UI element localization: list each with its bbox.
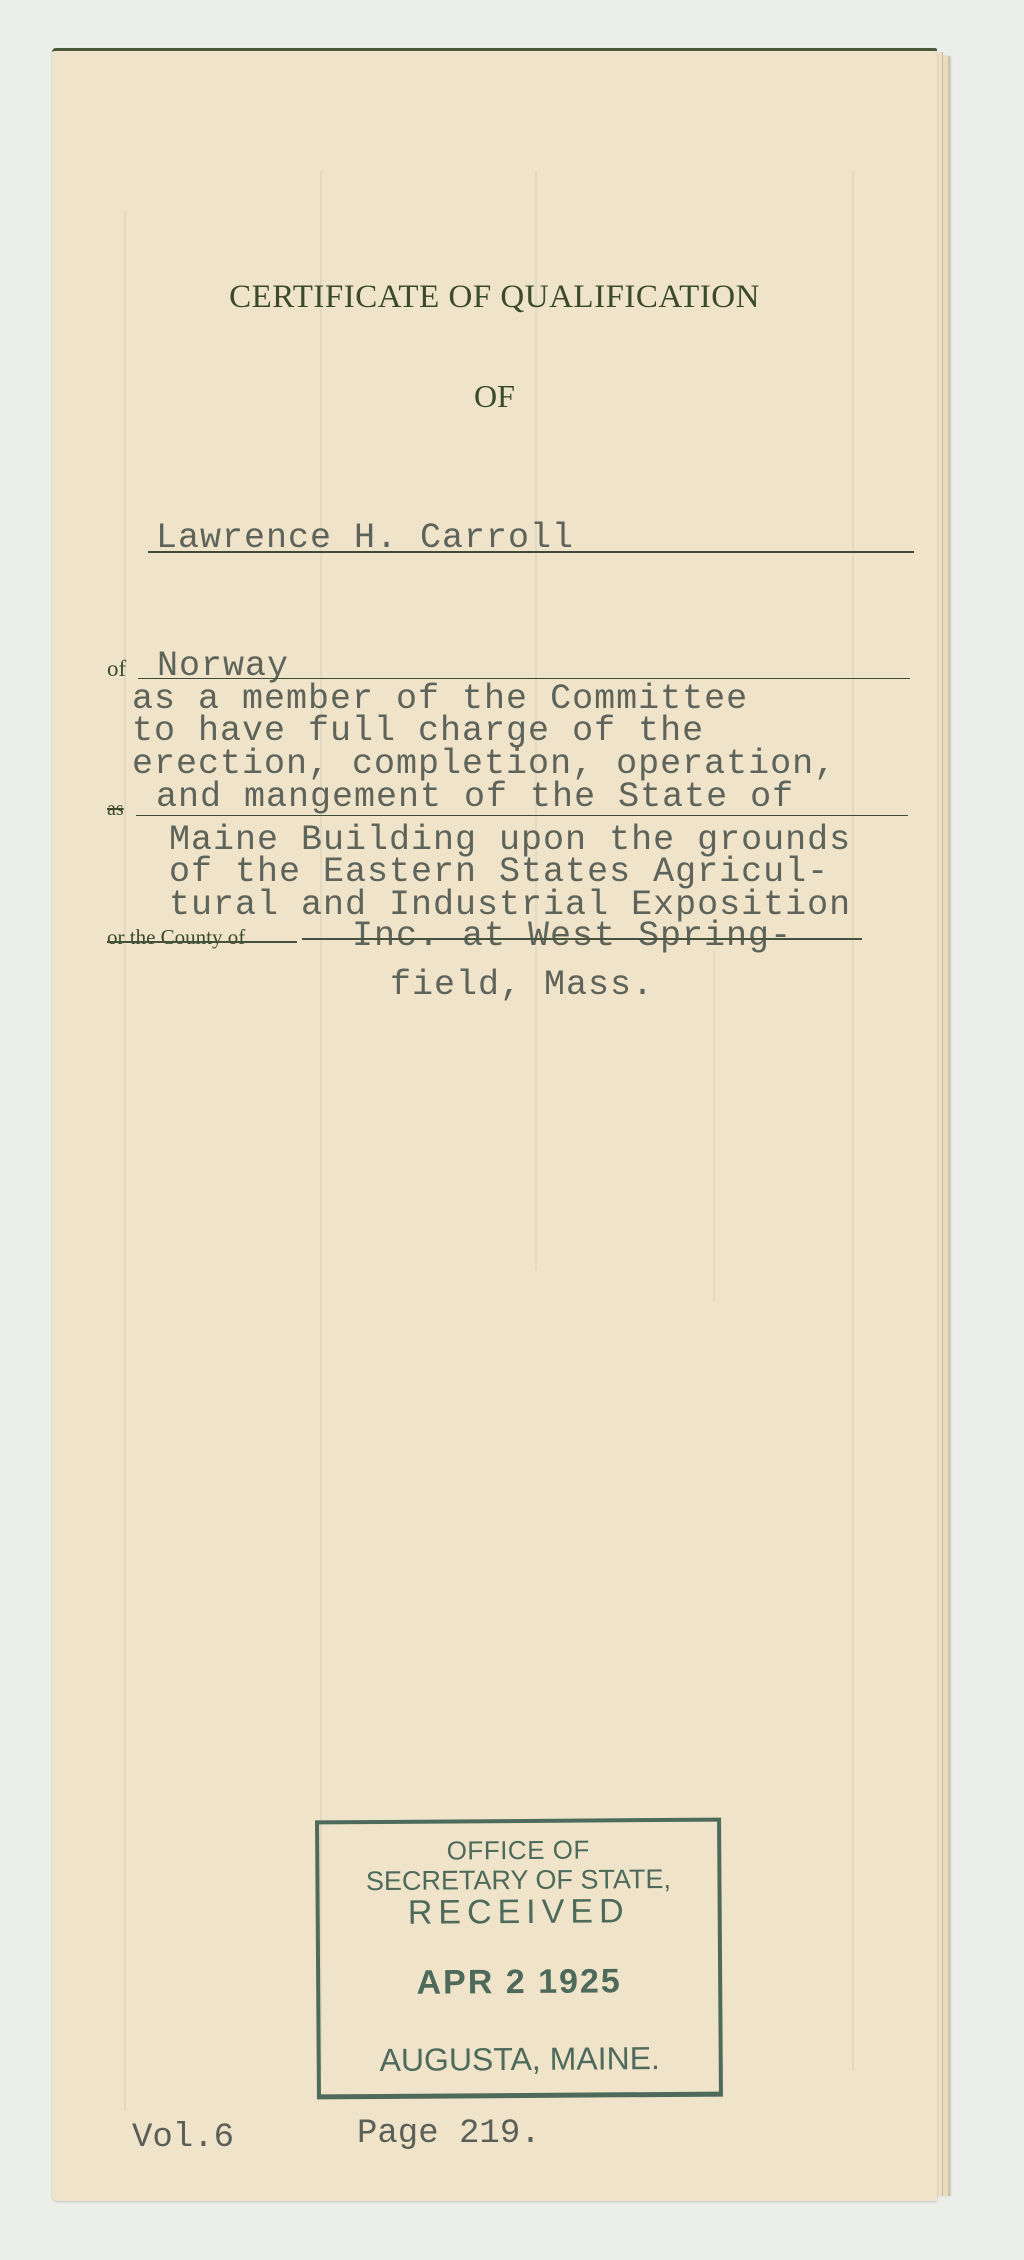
stamp-received: RECEIVED (320, 1892, 718, 1934)
page-number: Page 219. (357, 2115, 541, 2153)
page-title: CERTIFICATE OF QUALIFICATION (52, 279, 937, 316)
county-value-strike (302, 938, 862, 940)
bleed-through-line (124, 211, 126, 2111)
as-underline (136, 815, 908, 816)
bleed-through-line (320, 171, 322, 2071)
as-label: as (107, 798, 124, 821)
certificate-page: CERTIFICATE OF QUALIFICATION OF Lawrence… (52, 48, 937, 2201)
county-value: Inc. at West Spring- (352, 919, 792, 954)
bleed-through-line (713, 951, 715, 1301)
body-line: and mangement of the State of (156, 780, 794, 815)
name-underline (148, 551, 914, 553)
volume-number: Vol.6 (132, 2119, 234, 2157)
page-subtitle: OF (52, 378, 937, 415)
received-stamp: OFFICE OF SECRETARY OF STATE, RECEIVED A… (315, 1818, 723, 2100)
county-label: or the County of (107, 925, 245, 950)
county-label-strike (107, 941, 297, 943)
bleed-through-line (852, 171, 854, 2071)
stamp-office: OFFICE OF (319, 1834, 717, 1868)
stamp-location: AUGUSTA, MAINE. (321, 2040, 719, 2080)
of-label: of (107, 656, 126, 682)
stamp-date: APR 2 1925 (320, 1962, 718, 2004)
county-continuation: field, Mass. (390, 968, 654, 1003)
